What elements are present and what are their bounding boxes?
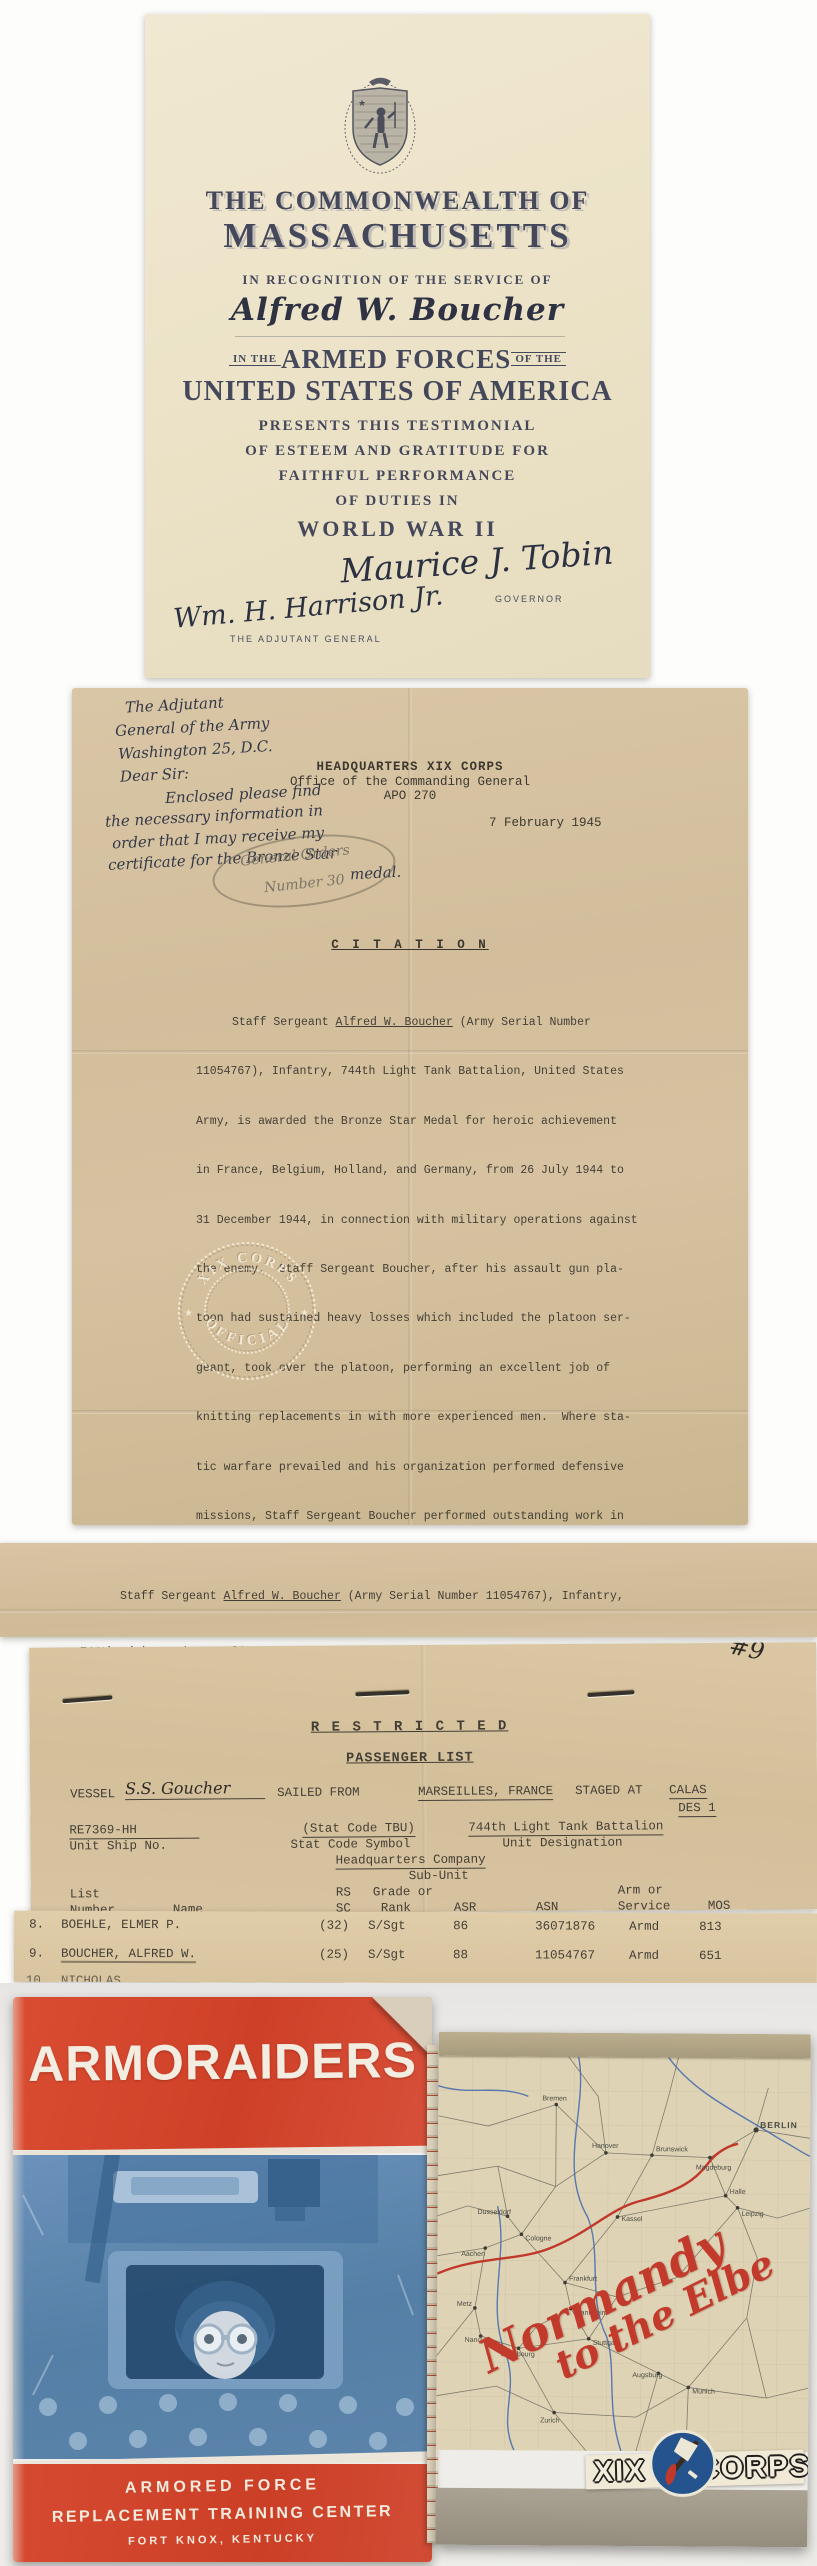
svg-text:BERLIN: BERLIN xyxy=(760,2120,798,2130)
handwritten-note-line: The Adjutant xyxy=(125,693,225,716)
xix-corps-citation-letter: The Adjutant General of the Army Washing… xyxy=(72,688,748,1525)
col-header-rs: RS xyxy=(336,1886,351,1900)
col-header-grade: Grade or xyxy=(373,1885,433,1899)
embossed-xix-corps-seal-icon: XIX CORPS XIX CORPS OFFICIAL OFFICIAL ★ … xyxy=(172,1236,322,1386)
col-header-service: Service xyxy=(618,1899,671,1913)
of-the-label: OF THE xyxy=(511,352,566,366)
certificate-recognition-line: IN RECOGNITION OF THE SERVICE OF xyxy=(145,272,650,288)
staple-icon xyxy=(587,1690,634,1697)
col-header-arm: Arm or xyxy=(618,1883,663,1897)
sub-unit-label: Sub-Unit xyxy=(409,1869,469,1883)
letter-date: 7 February 1945 xyxy=(489,816,602,830)
svg-text:★: ★ xyxy=(184,1308,193,1319)
vessel-name-handwritten: S.S. Goucher xyxy=(125,1778,265,1800)
stat-code-value: (Stat Code TBU) xyxy=(302,1821,415,1838)
in-the-label: IN THE xyxy=(229,353,281,366)
dog-eared-corner xyxy=(372,1997,432,2057)
svg-text:Aachen: Aachen xyxy=(461,2251,485,2258)
sailed-from-label: SAILED FROM xyxy=(277,1785,360,1800)
stat-code-label: Stat Code Symbol xyxy=(290,1837,410,1852)
svg-text:Zurich: Zurich xyxy=(540,2417,560,2424)
fold-crease xyxy=(0,1609,817,1613)
handwritten-note-line: General of the Army xyxy=(115,714,270,740)
svg-text:Bremen: Bremen xyxy=(542,2095,567,2102)
certificate-armed-forces-line: IN THEARMED FORCESOF THE xyxy=(145,344,650,375)
staging-area-value: CALAS xyxy=(669,1783,707,1799)
letterhead-line2: Office of the Commanding General xyxy=(72,775,748,789)
cover-bottom-band xyxy=(435,2488,807,2548)
svg-text:Halle: Halle xyxy=(730,2189,746,2196)
recipient-name-underlined: Alfred W. Boucher xyxy=(336,1016,453,1029)
svg-text:Brunswick: Brunswick xyxy=(656,2146,688,2153)
svg-text:OFFICIAL: OFFICIAL xyxy=(202,1315,294,1349)
svg-text:★: ★ xyxy=(300,1308,309,1319)
svg-text:Dusseldorf: Dusseldorf xyxy=(478,2209,512,2216)
passenger-list-title: PASSENGER LIST xyxy=(30,1748,790,1768)
boucher-row-pencil-underline: BOUCHER, ALFRED W. xyxy=(61,1947,196,1963)
port-value: MARSEILLES, FRANCE xyxy=(418,1784,553,1801)
staged-at-label: STAGED AT xyxy=(575,1783,643,1797)
table-row: 9. BOUCHER, ALFRED W. (25) S/Sgt 88 1105… xyxy=(14,1911,817,1914)
normandy-to-the-elbe-map-booklet: Bremen Hanover Brunswick BERLIN Magdebur… xyxy=(435,2032,811,2548)
svg-text:Augsburg: Augsburg xyxy=(632,2372,662,2379)
des-code: DES 1 xyxy=(678,1801,716,1817)
scanned-documents-page: ★ THE COMMONWEALTH OF MASSACHUSETTS IN R… xyxy=(0,0,817,2566)
governor-title-label: GOVERNOR xyxy=(495,594,564,604)
table-row: 8. BOEHLE, ELMER P. (32) S/Sgt 86 360718… xyxy=(14,1911,817,1914)
svg-text:Metz: Metz xyxy=(457,2301,473,2308)
booklet-binding-strip xyxy=(439,2032,811,2059)
banner-xix-text: XIX xyxy=(593,2455,647,2489)
armoraiders-footer-line2: REPLACEMENT TRAINING CENTER xyxy=(13,2502,432,2527)
certificate-country-line: UNITED STATES OF AMERICA xyxy=(145,376,650,408)
svg-text:Kassel: Kassel xyxy=(621,2216,643,2223)
certificate-recipient-name: Alfred W. Boucher xyxy=(145,292,650,328)
vessel-label: VESSEL xyxy=(70,1787,115,1801)
svg-text:★: ★ xyxy=(358,98,366,108)
tank-driver-photo-illustration xyxy=(13,2155,432,2459)
col-header-mos: MOS xyxy=(708,1899,731,1913)
staple-icon xyxy=(62,1695,112,1703)
xix-corps-tomahawk-emblem-icon xyxy=(648,2428,718,2498)
unit-ship-no-label: Unit Ship No. xyxy=(69,1839,167,1854)
name-rule-line xyxy=(235,336,565,337)
passenger-list-document: #9 R E S T R I C T E D PASSENGER LIST VE… xyxy=(29,1642,817,1914)
armoraiders-title: ARMORAIDERS xyxy=(13,2031,432,2093)
sub-unit-value: Headquarters Company xyxy=(336,1853,486,1870)
armoraiders-footer-band: ARMORED FORCE REPLACEMENT TRAINING CENTE… xyxy=(13,2464,432,2562)
letterhead-line1: HEADQUARTERS XIX CORPS xyxy=(72,760,748,774)
armoraiders-blue-panel xyxy=(13,2155,432,2459)
unit-designation-value: 744th Light Tank Battalion xyxy=(468,1819,663,1836)
staple-icon xyxy=(355,1690,409,1696)
citation-heading: C I T A T I O N xyxy=(72,938,748,952)
unit-designation-label: Unit Designation xyxy=(502,1836,622,1851)
adjutant-title-label: THE ADJUTANT GENERAL xyxy=(230,634,382,644)
armoraiders-footer-line3: FORT KNOX, KENTUCKY xyxy=(13,2530,432,2549)
adjutant-general-signature: Wm. H. Harrison Jr. xyxy=(172,580,444,634)
restricted-stamp: R E S T R I C T E D xyxy=(30,1716,790,1737)
certificate-title-line1: THE COMMONWEALTH OF xyxy=(145,186,650,216)
massachusetts-testimonial-certificate: ★ THE COMMONWEALTH OF MASSACHUSETTS IN R… xyxy=(145,14,650,678)
recipient-name-underlined: Alfred W. Boucher xyxy=(224,1590,341,1603)
svg-text:Magdeburg: Magdeburg xyxy=(696,2165,732,2172)
passenger-list-rows-strip: 8. BOEHLE, ELMER P. (32) S/Sgt 86 360718… xyxy=(14,1911,817,1985)
svg-text:Cologne: Cologne xyxy=(525,2235,551,2242)
col-header-list: List xyxy=(70,1887,100,1901)
svg-text:Munich: Munich xyxy=(692,2388,715,2395)
table-row: 10. NICHOLAS, xyxy=(14,1911,817,1914)
massachusetts-state-seal-icon: ★ xyxy=(343,76,417,174)
armoraiders-footer-line1: ARMORED FORCE xyxy=(13,2474,432,2499)
certificate-body-text: PRESENTS THIS TESTIMONIAL OF ESTEEM AND … xyxy=(145,414,650,514)
svg-text:Hanover: Hanover xyxy=(592,2143,619,2150)
unit-ship-no-value: RE7369-HH xyxy=(69,1823,199,1840)
letterhead-line3: APO 270 xyxy=(72,789,748,803)
certificate-title-line2: MASSACHUSETTS xyxy=(145,216,650,256)
armed-forces-label: ARMED FORCES xyxy=(281,344,511,374)
handwritten-mark: #9 xyxy=(727,1642,767,1666)
spine-wear xyxy=(13,1997,25,2562)
armoraiders-book-cover: ARMORAIDERS xyxy=(13,1997,432,2562)
citation-excerpt-strip: Staff Sergeant Alfred W. Boucher (Army S… xyxy=(0,1543,817,1637)
